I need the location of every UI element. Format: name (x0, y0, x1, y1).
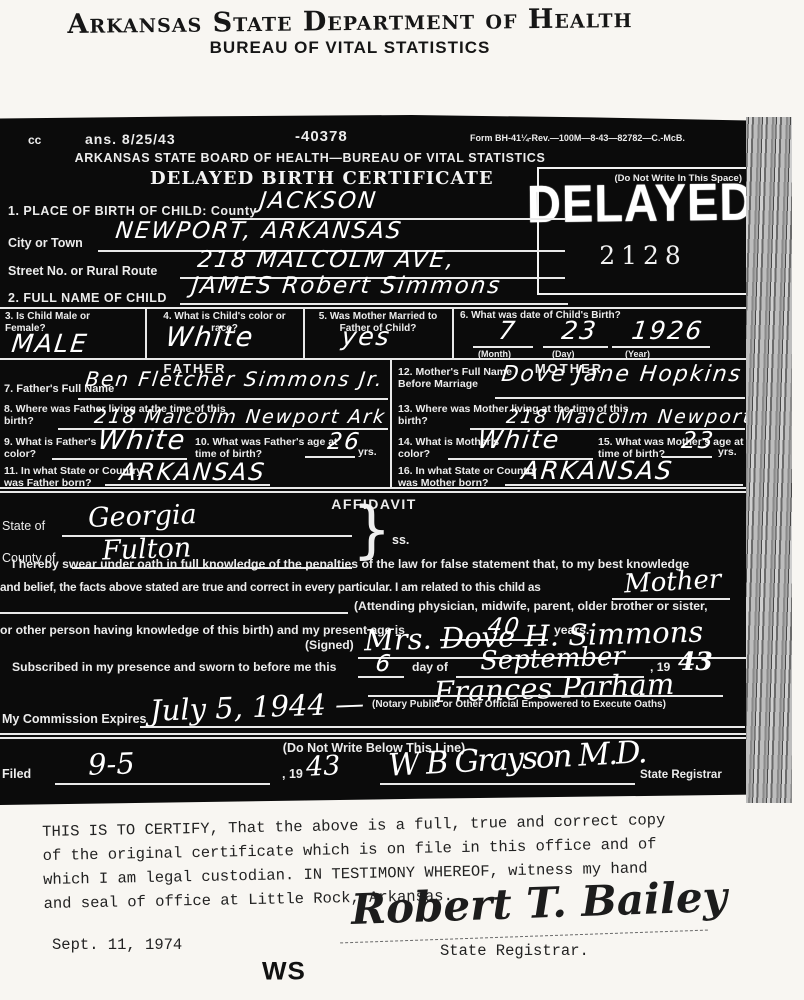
field-line (180, 303, 568, 305)
field-line (495, 397, 745, 399)
field-line (305, 456, 355, 458)
sworn-day-value: 6 (374, 651, 394, 677)
state-value: Georgia (87, 499, 197, 534)
field-line (140, 726, 745, 728)
child-name-value: JAMES Robert Simmons (190, 273, 503, 299)
mother-age-unit: yrs. (718, 446, 737, 458)
scan-edge-texture (746, 117, 792, 803)
filed-year-value: 43 (305, 750, 341, 783)
letterhead-subtitle: BUREAU OF VITAL STATISTICS (60, 38, 640, 58)
commission-label: My Commission Expires (2, 712, 147, 726)
filed-date-value: 9-5 (87, 746, 135, 782)
affidavit-text-1: I hereby swear under oath in full knowle… (12, 557, 689, 571)
filed-label: Filed (2, 767, 31, 781)
birth-day: 23 (560, 316, 599, 345)
q12-label: 12. Mother's Full Name Before Marriage (398, 366, 516, 390)
sworn-year-value: 43 (678, 647, 713, 676)
photostat-certificate: cc ans. 8/25/43 -40378 Form BH-41¼-Rev.—… (0, 115, 748, 805)
field-line (358, 676, 404, 678)
mother-age-value: 23 (680, 428, 716, 454)
field-line (0, 612, 348, 614)
mother-name-value: Dove Jane Hopkins (500, 362, 744, 387)
cc-annotation: cc (28, 134, 41, 148)
grid-divider (452, 307, 454, 358)
street-label: Street No. or Rural Route (8, 264, 157, 278)
field-line (380, 783, 635, 785)
file-number: -40378 (295, 128, 348, 145)
father-age-value: 26 (326, 429, 362, 455)
full-name-label: 2. FULL NAME OF CHILD (8, 291, 167, 305)
grid-divider (145, 307, 147, 358)
field-line (473, 346, 533, 348)
signed-label: (Signed) (305, 638, 354, 652)
field-line (612, 346, 710, 348)
state-registrar-label: State Registrar (640, 769, 722, 782)
street-value: 218 MALCOLM AVE, (196, 247, 457, 273)
attending-caption: (Attending physician, midwife, parent, o… (354, 599, 708, 613)
birth-month: 7 (497, 316, 518, 345)
field-line (78, 398, 388, 400)
field-line (543, 346, 608, 348)
relation-value: Mother (623, 564, 722, 599)
father-color-value: White (96, 425, 188, 456)
ans-date-annotation: ans. 8/25/43 (85, 131, 176, 147)
field-line (505, 484, 743, 486)
city-label: City or Town (8, 236, 83, 250)
father-name-value: Ben Fletcher Simmons Jr. (84, 367, 385, 391)
ss-label: ss. (392, 533, 409, 547)
ss-brace: } (352, 499, 391, 561)
mother-color-value: White (476, 425, 562, 454)
form-number: Form BH-41¼-Rev.—100M—8-43—82782—C.-McB. (470, 133, 685, 143)
board-heading: ARKANSAS STATE BOARD OF HEALTH—BUREAU OF… (10, 151, 610, 165)
parent-divider (390, 358, 392, 487)
father-birthplace-value: ARKANSAS (118, 458, 268, 486)
field-line (105, 484, 270, 486)
stamp-number: 2128 (539, 241, 747, 270)
state-of-label: State of (2, 519, 45, 533)
affidavit-text-2: and belief, the facts above stated are t… (0, 581, 541, 595)
field-line (55, 783, 270, 785)
day-of-label: day of (412, 660, 448, 674)
q5-answer: yes (340, 322, 393, 351)
notary-caption: (Notary Public or Other Official Empower… (372, 699, 666, 711)
certificate-title: DELAYED BIRTH CERTIFICATE (150, 168, 490, 189)
q4-answer: White (164, 322, 256, 353)
q3-answer: MALE (10, 329, 90, 358)
birth-year: 1926 (630, 316, 705, 345)
city-value: NEWPORT, ARKANSAS (114, 218, 404, 244)
mother-birthplace-value: ARKANSAS (520, 456, 675, 485)
letterhead-title: Arkansas State Department of Health (60, 3, 640, 40)
place-of-birth-label: 1. PLACE OF BIRTH OF CHILD: County (8, 204, 257, 218)
field-line (368, 695, 723, 697)
month-caption: (Month) (478, 349, 511, 359)
delayed-stamp: DELAYED (527, 170, 755, 234)
ws-mark: WS (262, 957, 306, 986)
day-caption: (Day) (552, 349, 575, 359)
filed-year-printed: , 19 (282, 767, 303, 781)
father-age-unit: yrs. (358, 446, 377, 458)
commission-date-value: July 5, 1944 — (149, 686, 364, 727)
section-rule (0, 487, 748, 489)
year-caption: (Year) (625, 349, 650, 359)
grid-divider (303, 307, 305, 358)
registrar-title-typed: State Registrar. (440, 942, 589, 960)
grid-line (0, 307, 748, 309)
county-value: JACKSON (258, 188, 379, 214)
footer-date: Sept. 11, 1974 (52, 936, 182, 954)
affidavit-text-3: or other person having knowledge of this… (0, 623, 405, 637)
do-not-write-box: (Do Not Write In This Space) DELAYED 212… (537, 167, 749, 295)
subscribed-text: Subscribed in my presence and sworn to b… (12, 660, 336, 674)
